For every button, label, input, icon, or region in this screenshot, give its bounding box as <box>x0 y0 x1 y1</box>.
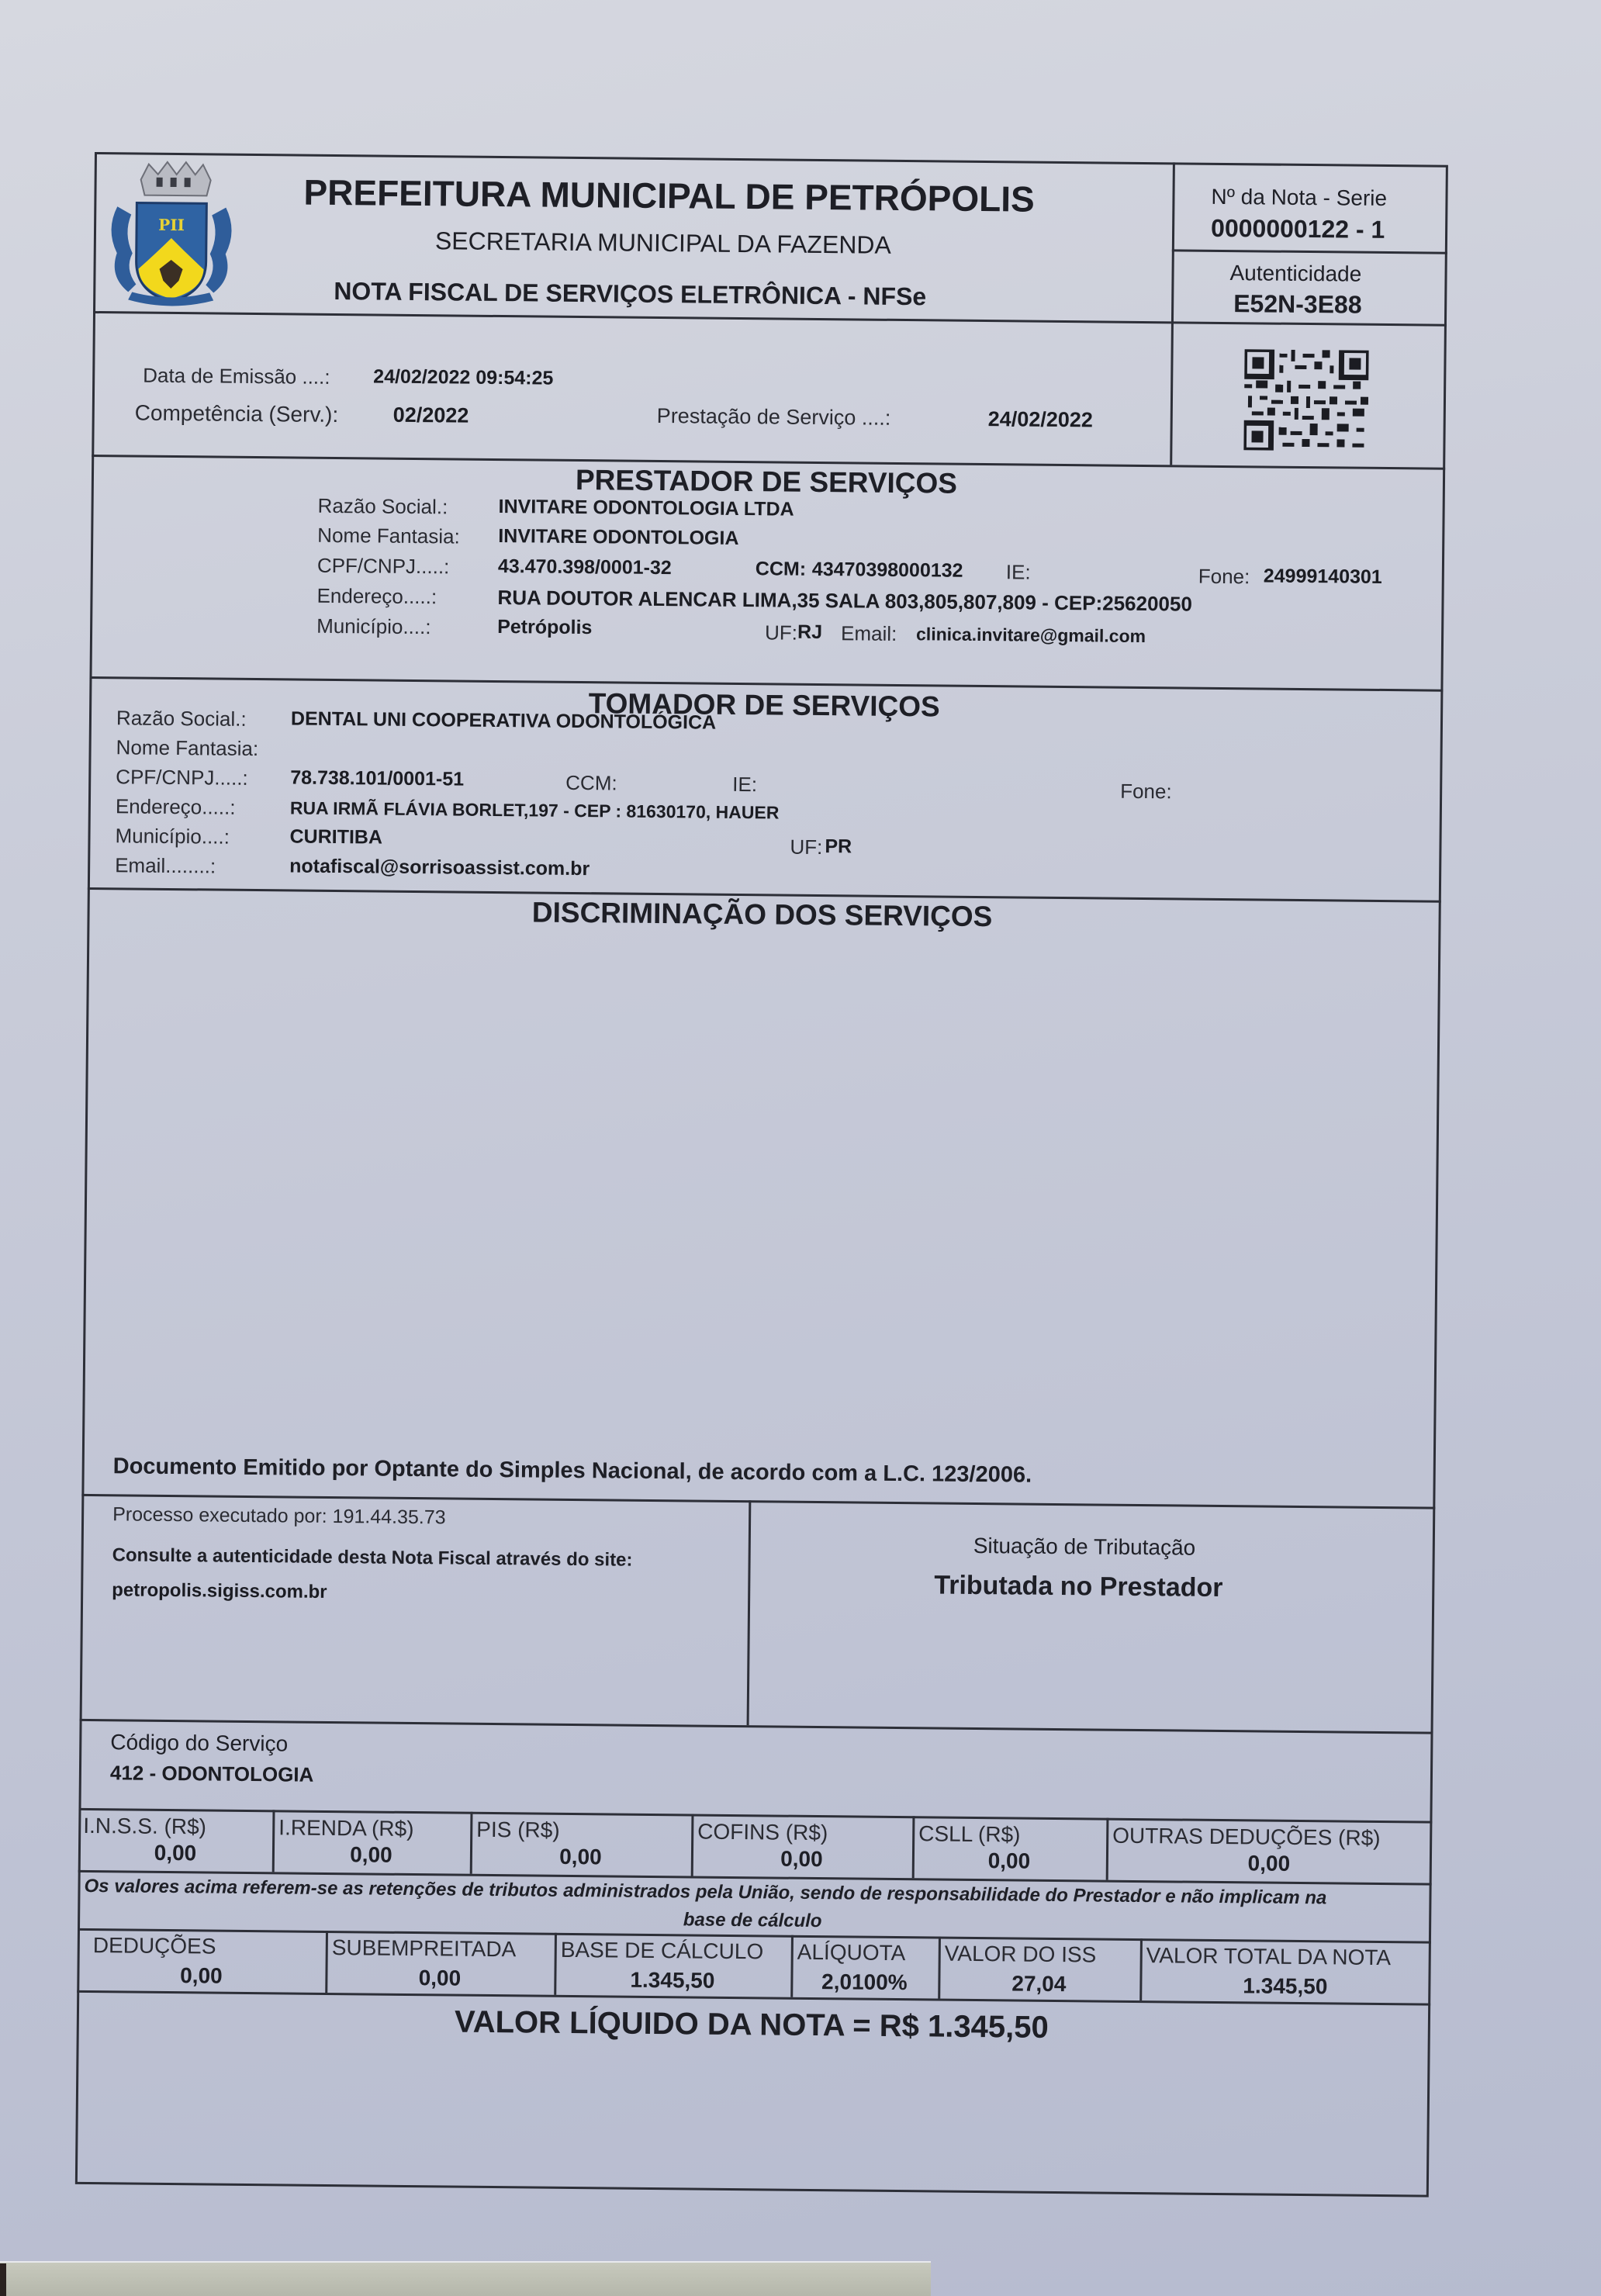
prestador-fone-label: Fone: <box>1198 565 1250 590</box>
prestador-fone-value: 24999140301 <box>1264 565 1382 588</box>
outras-deducoes-label: OUTRAS DEDUÇÕES (R$) <box>1112 1824 1381 1851</box>
pis-label: PIS (R$) <box>476 1817 560 1843</box>
prestador-razao-value: INVITARE ODONTOLOGIA LTDA <box>498 496 794 521</box>
desk-corner <box>0 2263 6 2296</box>
prestador-fantasia-value: INVITARE ODONTOLOGIA <box>498 525 738 550</box>
tomador-fone-label: Fone: <box>1120 780 1172 804</box>
prestacao-value: 24/02/2022 <box>988 407 1093 432</box>
emissao-value: 24/02/2022 09:54:25 <box>373 365 553 389</box>
codigo-servico-label: Código do Serviço <box>110 1730 288 1756</box>
autenticidade-code: E52N-3E88 <box>1233 289 1362 320</box>
prestador-municipio-label: Município....: <box>316 614 431 639</box>
prestador-cnpj-value: 43.470.398/0001-32 <box>498 555 672 579</box>
prefeitura-title: PREFEITURA MUNICIPAL DE PETRÓPOLIS <box>303 171 1035 220</box>
prestador-email-value: clinica.invitare@gmail.com <box>916 624 1146 647</box>
competencia-value: 02/2022 <box>393 403 469 428</box>
base-calculo-value: 1.345,50 <box>554 1967 790 1994</box>
irenda-value: 0,00 <box>272 1841 470 1868</box>
paper-edge-bottom <box>0 2261 931 2296</box>
codigo-servico-value: 412 - ODONTOLOGIA <box>110 1761 314 1787</box>
pis-value: 0,00 <box>470 1844 691 1871</box>
cofins-label: COFINS (R$) <box>697 1820 828 1846</box>
tomador-municipio-value: CURITIBA <box>289 825 382 849</box>
deducoes-label: DEDUÇÕES <box>93 1933 216 1959</box>
situacao-value: Tributada no Prestador <box>934 1570 1223 1603</box>
subempreitada-value: 0,00 <box>325 1965 554 1992</box>
valor-iss-value: 27,04 <box>938 1971 1139 1997</box>
autenticidade-label: Autenticidade <box>1229 261 1361 287</box>
cofins-value: 0,00 <box>691 1845 912 1872</box>
subempreitada-label: SUBEMPREITADA <box>332 1935 517 1962</box>
deducoes-value: 0,00 <box>77 1962 325 1990</box>
csll-value: 0,00 <box>912 1848 1106 1874</box>
valor-total-value: 1.345,50 <box>1139 1973 1430 2000</box>
situacao-label: Situação de Tributação <box>973 1534 1196 1561</box>
prestador-uf-value: RJ <box>797 621 822 644</box>
tomador-ie-label: IE: <box>732 773 757 797</box>
prestador-email-label: Email: <box>841 621 897 646</box>
tomador-uf-value: PR <box>825 835 852 858</box>
prestador-ie-label: IE: <box>1006 560 1031 584</box>
csll-label: CSLL (R$) <box>918 1821 1021 1847</box>
tomador-municipio-label: Município....: <box>115 824 230 849</box>
nota-label: Nº da Nota - Serie <box>1211 185 1387 211</box>
tomador-cnpj-label: CPF/CNPJ.....: <box>116 765 248 790</box>
nfse-doc-type: NOTA FISCAL DE SERVIÇOS ELETRÔNICA - NFS… <box>334 277 926 311</box>
prestador-razao-label: Razão Social.: <box>317 494 448 520</box>
competencia-label: Competência (Serv.): <box>135 401 339 428</box>
aliquota-value: 2,0100% <box>790 1969 938 1996</box>
inss-label: I.N.S.S. (R$) <box>83 1814 206 1840</box>
nota-number: 0000000122 - 1 <box>1211 214 1385 244</box>
aliquota-label: ALÍQUOTA <box>797 1940 906 1966</box>
qr-code-icon <box>1243 349 1368 451</box>
prestador-uf-label: UF: <box>765 621 797 645</box>
svg-text:PII: PII <box>158 216 185 234</box>
prestador-ccm-value: 43470398000132 <box>812 558 963 583</box>
tomador-uf-label: UF: <box>790 835 822 859</box>
outras-deducoes-value: 0,00 <box>1106 1850 1432 1878</box>
prestador-municipio-value: Petrópolis <box>497 616 593 639</box>
tomador-razao-value: DENTAL UNI COOPERATIVA ODONTOLÓGICA <box>291 707 716 734</box>
prestador-fantasia-label: Nome Fantasia: <box>317 524 460 549</box>
coat-of-arms-icon: PII <box>101 160 242 309</box>
prestador-endereco-label: Endereço.....: <box>316 584 437 609</box>
tomador-email-label: Email........: <box>115 853 216 878</box>
inss-value: 0,00 <box>78 1840 272 1866</box>
tomador-ccm-label: CCM: <box>565 771 617 796</box>
base-calculo-label: BASE DE CÁLCULO <box>561 1938 764 1965</box>
tomador-email-value: notafiscal@sorrisoassist.com.br <box>289 855 590 880</box>
verification-site-link[interactable]: petropolis.sigiss.com.br <box>112 1579 327 1603</box>
prestador-ccm-label: CCM: <box>756 558 807 581</box>
tomador-fantasia-label: Nome Fantasia: <box>116 735 258 761</box>
prestacao-label: Prestação de Serviço ....: <box>657 404 891 430</box>
valor-iss-label: VALOR DO ISS <box>945 1942 1097 1968</box>
valor-total-label: VALOR TOTAL DA NOTA <box>1146 1943 1392 1970</box>
tomador-cnpj-value: 78.738.101/0001-51 <box>290 766 464 790</box>
emissao-label: Data de Emissão ....: <box>143 364 330 389</box>
secretaria-subtitle: SECRETARIA MUNICIPAL DA FAZENDA <box>435 226 891 260</box>
processo-text: Processo executado por: 191.44.35.73 <box>112 1503 446 1529</box>
prestador-cnpj-label: CPF/CNPJ.....: <box>317 554 450 579</box>
nfse-document: PII PREFEITURA MUNICIPAL DE PETRÓPOLIS S… <box>75 152 1444 2197</box>
tomador-razao-label: Razão Social.: <box>116 706 247 731</box>
irenda-label: I.RENDA (R$) <box>278 1815 414 1841</box>
tomador-endereco-label: Endereço.....: <box>116 794 236 819</box>
